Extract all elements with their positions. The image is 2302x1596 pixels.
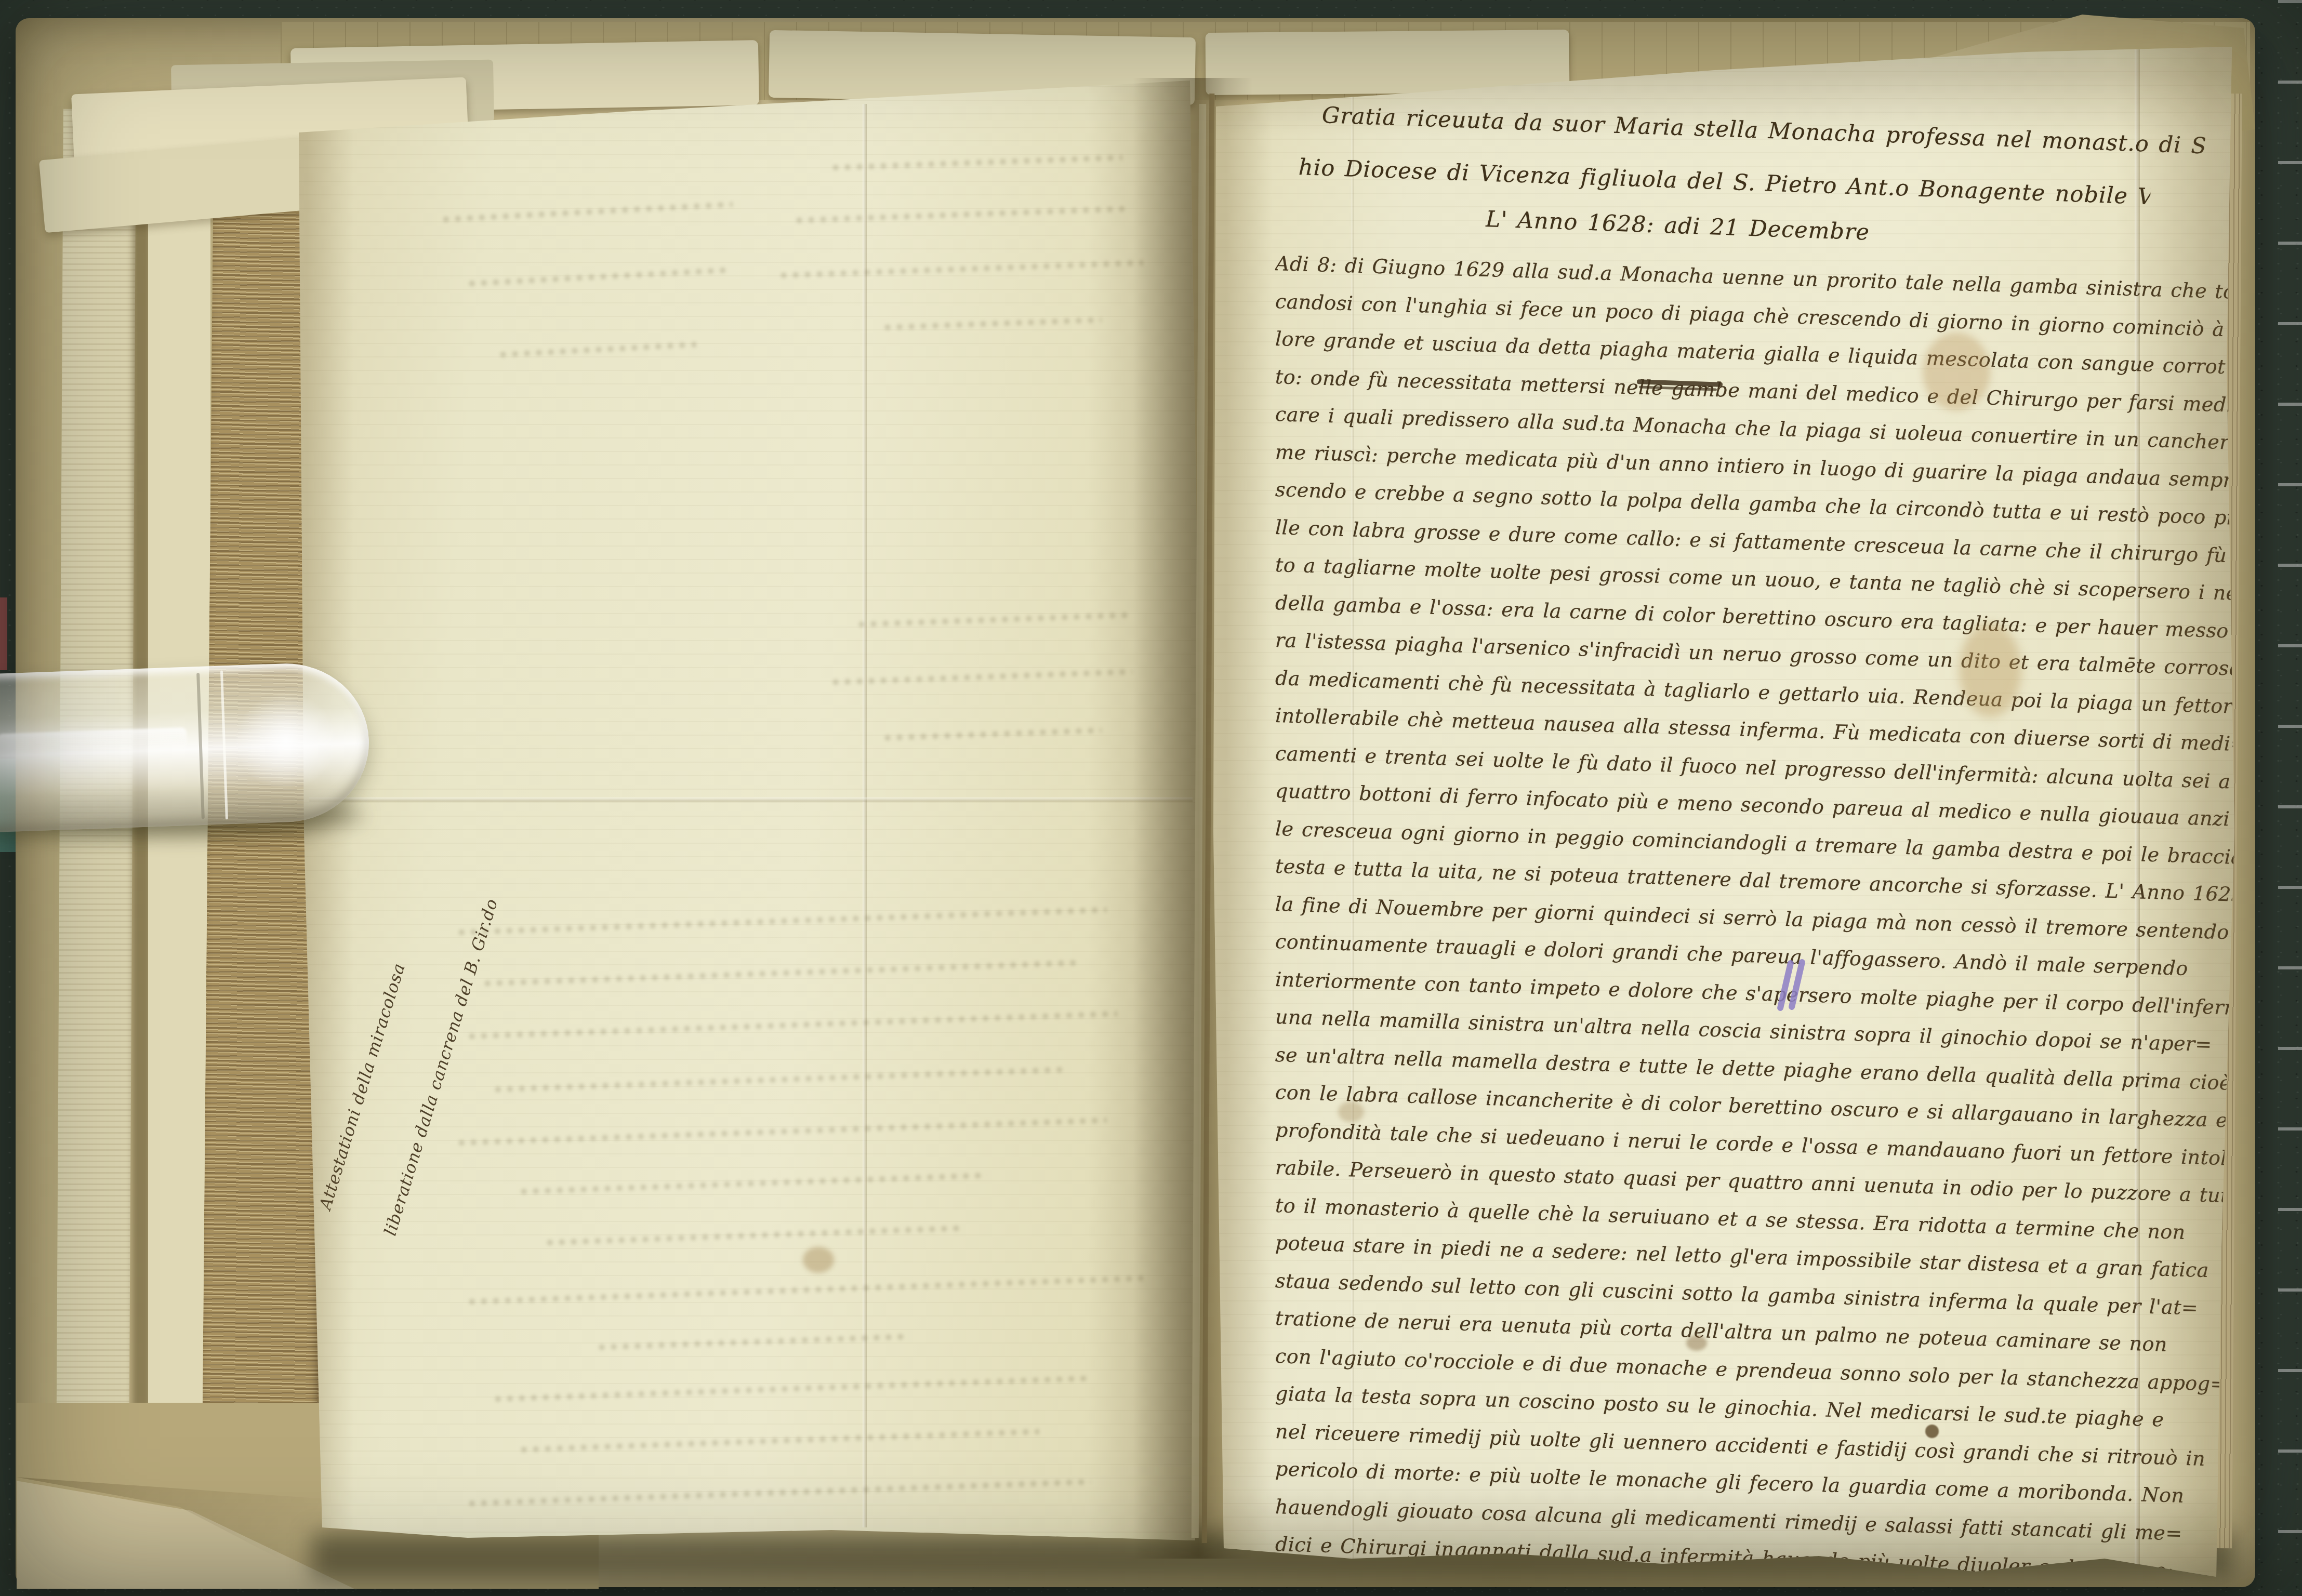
torn-page-edge [769,30,1196,105]
deckle-edge-band [202,129,333,1460]
right-stack-edge [2201,94,2242,1548]
manuscript-line: nel riceuere rimedij più uolte gli uenne… [1275,1417,2247,1480]
manuscript-line: continuamente trauagli e dolori grandi c… [1275,927,2247,990]
ink-strikethrough [1639,385,1717,391]
page-edge-shading [1211,44,2240,1582]
glass-seam [220,671,228,820]
manuscript-line: intollerabile chè metteua nausea alla st… [1275,701,2247,764]
manuscript-line: lore grande et usciua da detta piagha ma… [1275,325,2247,388]
violet-collation-mark [1777,960,1794,1012]
foxing-stain [1686,1335,1707,1351]
manuscript-line: camenti e trenta sei uolte le fù dato il… [1275,739,2247,802]
gutter-shading [288,73,1219,1564]
torn-page-edge [290,40,759,113]
manuscript-line: ra l'istessa piagha l'arsenico s'infraci… [1275,626,2247,689]
left-page: Attestationi della miracolosa liberation… [288,73,1219,1564]
manuscript-line: quattro bottoni di ferro infocato più e … [1275,777,2247,840]
bleedthrough-line [883,724,1102,745]
bleedthrough-line [457,903,1107,939]
marginal-note-line-2: liberatione dalla cancrena del B. Gir.do [381,805,528,1238]
manuscript-line: della gamba e l'ossa: era la carne di co… [1275,589,2247,651]
manuscript-line: una nella mamilla sinistra un'altra nell… [1275,1003,2247,1066]
manuscript-line: dici e Chirurgi ingannati dalla sud.a in… [1275,1530,2247,1593]
bleedthrough-line [468,1007,1117,1043]
page-corner [39,136,325,233]
manuscript-line: to a tagliarne molte uolte pesi grossi c… [1275,551,2247,614]
marginal-note-line-1: Attestationi della miracolosa [316,819,451,1212]
manuscript-line: con le labra callose incancherite è di c… [1275,1078,2247,1141]
manuscript-line: tratione de nerui era uenuta più corta d… [1275,1304,2247,1367]
bleedthrough-line [494,1372,1091,1406]
glass-highlight [0,727,188,756]
bleedthrough-line [468,1475,1091,1510]
cradle-strip [2278,0,2302,1596]
manuscript-line: candosi con l'unghia si fece un poco di … [1275,287,2247,350]
page-crease-horizontal [309,797,1193,802]
foxing-stain [803,1247,834,1273]
manuscript-line: testa e tutta la uita, ne si poteua trat… [1275,852,2247,915]
manuscript-line: to il monasterio à quelle chè la seruiua… [1275,1191,2247,1254]
manuscript-line: giata la testa sopra un coscino posto su… [1275,1379,2247,1442]
manuscript-line: pericolo di morte: e più uolte le monach… [1275,1455,2247,1518]
manuscript-line: lle con labra grosse e dure come callo: … [1275,513,2247,576]
manuscript-line: da medicamenti chè fù necessitata à tagl… [1275,664,2247,727]
page-crease-vertical [1351,75,1354,1572]
glass-highlight [233,690,339,792]
scan-artifact-red [0,597,7,670]
torn-page-edge [1205,30,1569,95]
bleedthrough-line [831,665,1133,689]
page-crease-vertical [2135,49,2140,1577]
foxing-stain [1925,1425,1939,1438]
scan-artifact-teal [0,759,22,852]
bleedthrough-line [457,1113,1107,1150]
bleedthrough-line [795,202,1128,227]
manuscript-header-line: hio Diocese di Vicenza figliuola del S. … [1298,153,2151,212]
bleedthrough-line [494,1063,1065,1096]
photo-scene: Attestationi della miracolosa liberation… [0,0,2302,1596]
foxing-stain [1338,1101,1364,1122]
manuscript-line: interiormente con tanto impeto e dolore … [1275,965,2247,1028]
page-crease-vertical [863,104,867,1527]
page-corner [71,77,469,172]
bleedthrough-line [831,151,1123,175]
paper-texture [288,73,1219,1564]
bleedthrough-line [468,263,728,290]
manuscript-header-line: Gratia riceuuta da suor Maria stella Mon… [1321,101,2205,161]
manuscript-line: con l'agiuto co'rocciole e di due monach… [1275,1342,2247,1405]
cover-top-edge [281,22,2250,100]
fore-edge-band [148,125,210,1465]
bleedthrough-line [499,338,697,362]
gutter-leaf-edge [1202,94,1215,1543]
glass-seam [196,673,205,819]
bleedthrough-line [483,956,1081,990]
gutter-leaf-edge [1192,104,1206,1538]
page-corner [171,60,494,128]
bleedthrough-line [468,1271,1143,1308]
manuscript-line: hauendogli giouato cosa alcuna gli medic… [1275,1493,2247,1555]
bleedthrough-line [598,1330,910,1354]
bleedthrough-line [779,256,1143,282]
manuscript-header-line: L' Anno 1628: adi 21 Decembre [1485,205,1953,250]
glass-paperweight [0,661,372,833]
bleedthrough-line [857,608,1128,631]
manuscript-line: me riuscì: perche medicata più d'un anno… [1275,438,2247,501]
ink-strikethrough [1637,379,1723,387]
manuscript-line: rabile. Perseuerò in questo stato quasi … [1275,1153,2247,1216]
cover-fold-highlight [17,1403,599,1589]
cover-fold-shadow [17,1403,599,1589]
cover-bottom-fold [17,1403,599,1589]
fore-edge-band [56,109,136,1481]
paper-texture [1211,44,2240,1582]
fore-edge-band [326,130,358,1460]
paperweight-shadow [0,795,364,836]
manuscript-line: profondità tale che si uedeuano i nerui … [1275,1116,2247,1179]
photo-vignette [0,0,2302,1596]
fore-edge-shadow [133,119,150,1470]
bleedthrough-line [546,1221,961,1249]
manuscript-line: se un'altra nella mamella destra e tutte… [1275,1041,2247,1103]
foxing-stain [1959,623,2021,717]
manuscript-line: la fine di Nouembre per giorni quindeci … [1275,890,2247,953]
manuscript-line: staua sedendo sul letto con gli cuscini … [1275,1267,2247,1329]
manuscript-line: to: onde fù necessitata mettersi nelle g… [1275,363,2247,425]
bleedthrough-line [883,313,1102,335]
manuscript-line: Adi 8: di Giugno 1629 alla sud.a Monacha… [1275,249,2247,312]
manuscript-line: le cresceua ogni giorno in peggio cominc… [1275,815,2247,877]
bleedthrough-line [520,1168,987,1198]
bleedthrough-line [520,1425,1039,1457]
manuscript-line: care i quali predissero alla sud.ta Mona… [1275,400,2247,463]
foxing-stain [1923,332,1990,410]
page-block-shadow [312,1533,2234,1579]
cover-corner-fold [1871,15,2255,150]
parchment-cover [16,18,2255,1587]
violet-collation-mark [1788,959,1806,1010]
gutter-shadow [1133,78,1252,1559]
manuscript-line: poteua stare in piedi ne a sedere: nel l… [1275,1229,2247,1292]
right-page: Gratia riceuuta da suor Maria stella Mon… [1211,44,2240,1582]
bleedthrough-line [442,197,733,226]
manuscript-line: scendo e crebbe a segno sotto la polpa d… [1275,475,2247,538]
